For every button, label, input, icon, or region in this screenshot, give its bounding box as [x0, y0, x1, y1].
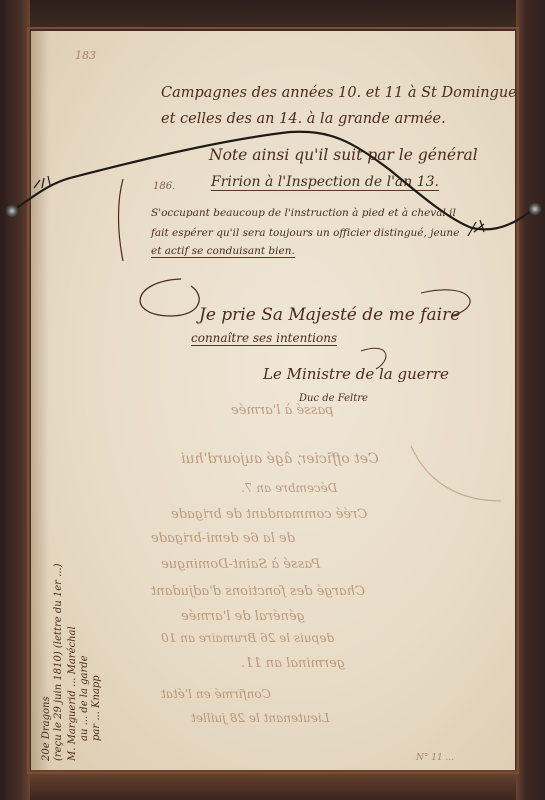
- picture-frame: 183 passé à l'armée Cet officier, âgé au…: [0, 0, 545, 800]
- bottom-mark: N° 11 ...: [416, 753, 454, 763]
- left-hanging-hook-icon: [6, 205, 18, 217]
- margin-line-4: au ... de la garde: [79, 655, 90, 741]
- frame-top-rail: [0, 0, 545, 30]
- margin-line-2: (reçu le 29 juin 1810) (lettre du 1er ..…: [53, 563, 64, 761]
- margin-line-1: 20e Dragons: [41, 696, 52, 761]
- margin-line-3: M. Marguerid ... Maréchal: [67, 626, 78, 761]
- frame-bottom-rail: [0, 770, 545, 800]
- calligraphic-flourishes: [31, 31, 515, 770]
- frame-right-rail: [516, 0, 545, 800]
- right-hanging-hook-icon: [529, 203, 541, 215]
- manuscript-paper: 183 passé à l'armée Cet officier, âgé au…: [31, 31, 515, 770]
- margin-line-5: par ... Knapp: [91, 675, 102, 741]
- frame-left-rail: [0, 0, 30, 800]
